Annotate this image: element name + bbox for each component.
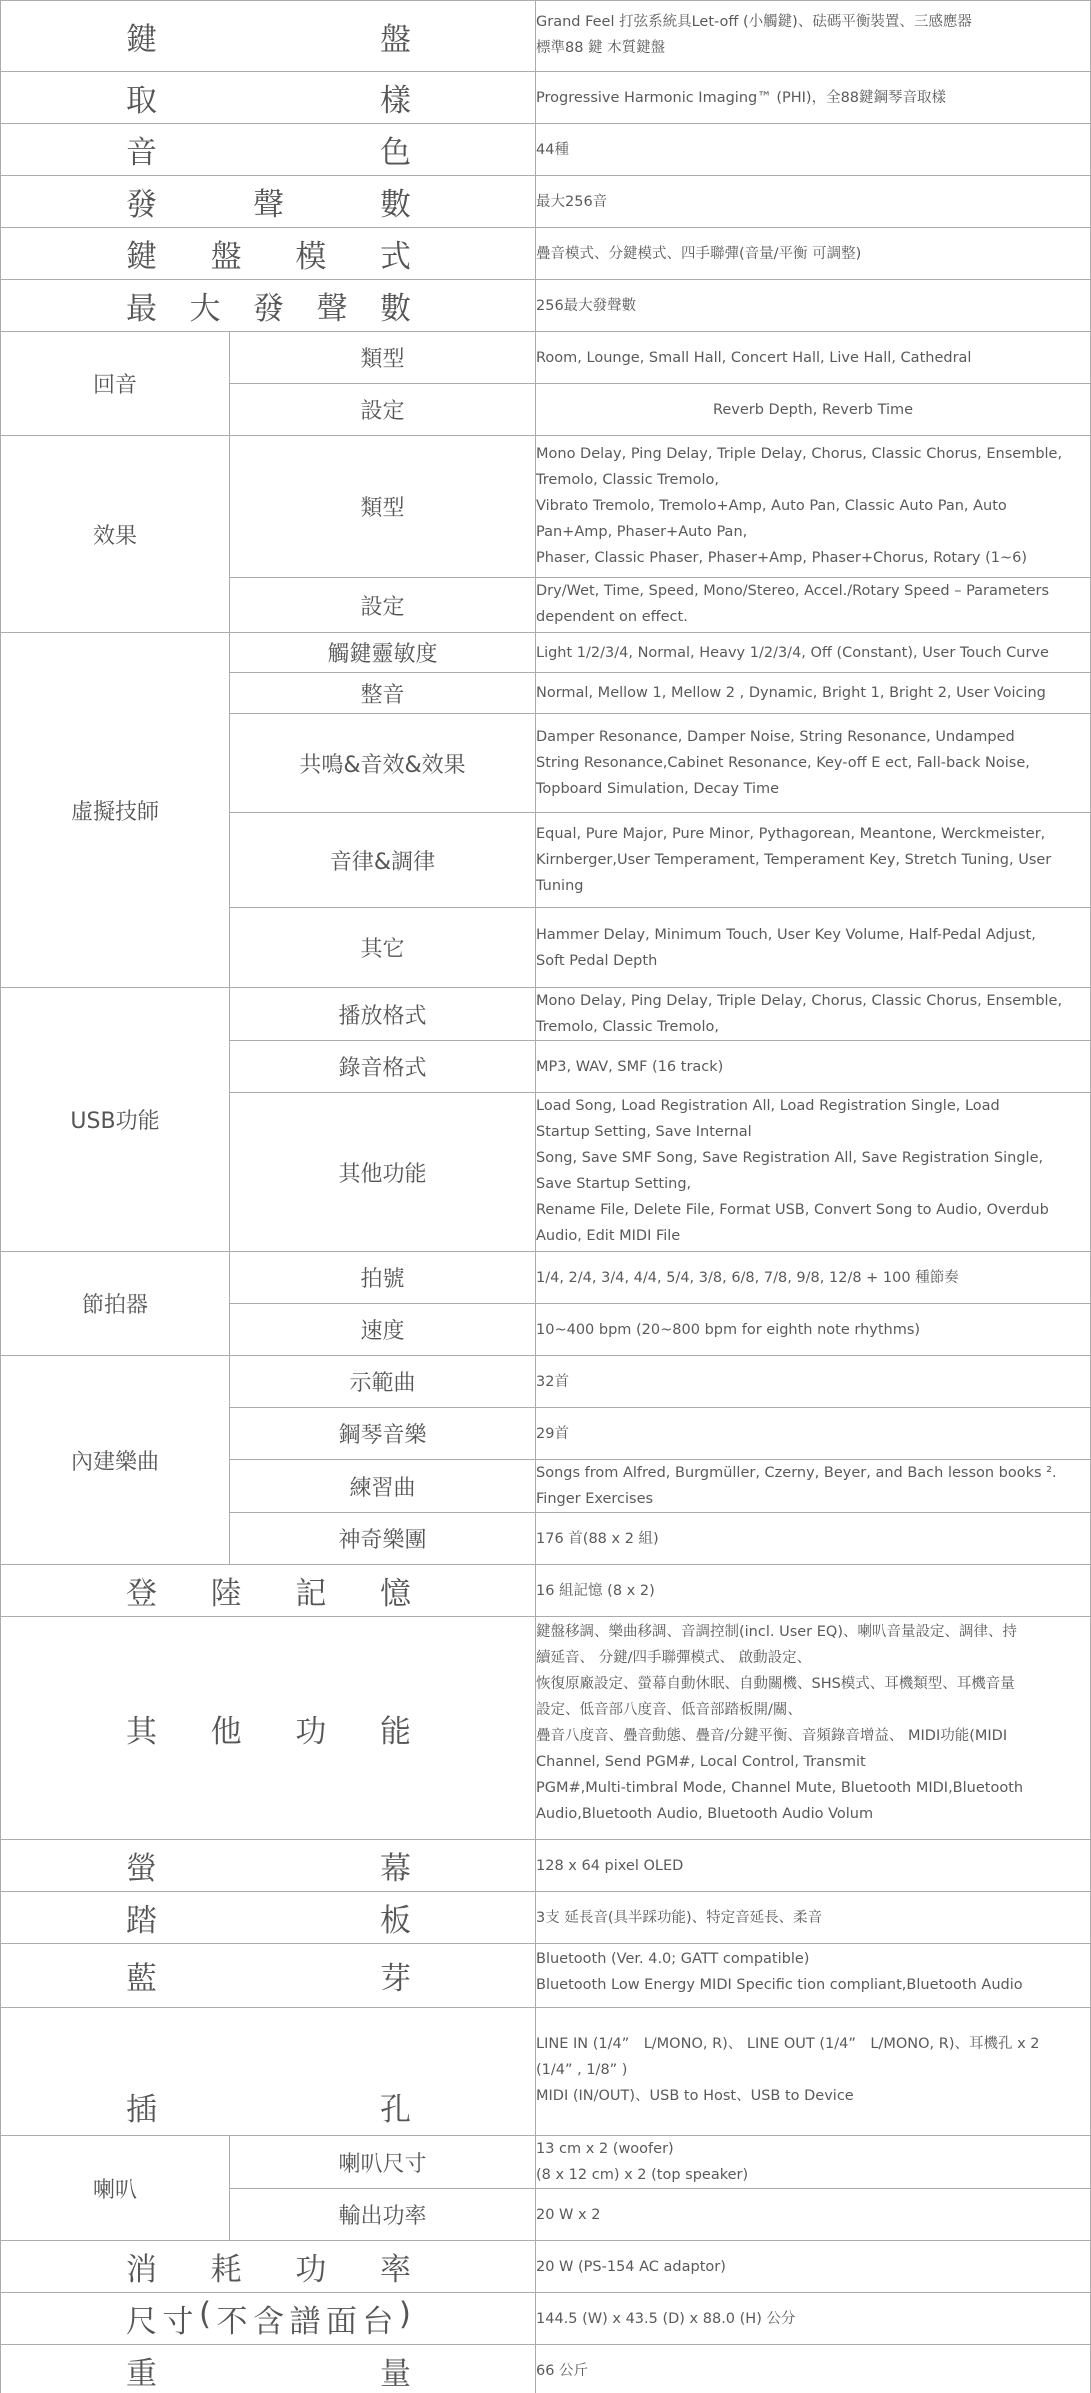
value-line: Load Song, Load Registration All, Load R… (536, 1093, 1090, 1119)
row-value: 3支 延長音(具半踩功能)、特定音延長、柔音 (536, 1892, 1091, 1944)
value-line: Pan+Amp, Phaser+Auto Pan, (536, 519, 1090, 545)
label-char: 聲 (317, 283, 348, 328)
row-value: Progressive Harmonic Imaging™ (PHI)，全88鍵… (536, 72, 1091, 124)
value-line: Tremolo, Classic Tremolo, (536, 467, 1090, 493)
row-value: Mono Delay, Ping Delay, Triple Delay, Ch… (536, 436, 1091, 578)
spec-row-keyboard: 鍵 盤 Grand Feel 打弦系統具Let-off (小觸鍵)、砝碼平衡裝置… (1, 1, 1091, 72)
spec-row-polyphony: 發 聲 數 最大256音 (1, 176, 1091, 228)
label-char: 板 (380, 1895, 411, 1940)
value-line: Bluetooth (Ver. 4.0; GATT compatible) (536, 1946, 1090, 1972)
value-line: 16 組記憶 (8 x 2) (536, 1578, 1090, 1604)
sub-label: 播放格式 (230, 988, 536, 1041)
label-char: 數 (380, 179, 411, 224)
sub-label: 共鳴&音效&效果 (230, 714, 536, 813)
value-line: (1/4” , 1/8” ) (536, 2057, 1090, 2083)
row-value: 20 W (PS-154 AC adaptor) (536, 2241, 1091, 2293)
value-line: 20 W (PS-154 AC adaptor) (536, 2254, 1090, 2280)
label-char: 孔 (380, 2084, 411, 2129)
label-char: 聲 (253, 179, 284, 224)
row-value: 13 cm x 2 (woofer) (8 x 12 cm) x 2 (top … (536, 2136, 1091, 2189)
value-line: Startup Setting, Save Internal (536, 1119, 1090, 1145)
value-line: LINE IN (1/4” L/MONO, R)、 LINE OUT (1/4”… (536, 2031, 1090, 2057)
spec-row-vt-touch: 虛擬技師 觸鍵靈敏度 Light 1/2/3/4, Normal, Heavy … (1, 633, 1091, 673)
label-char: 芽 (380, 1953, 411, 1998)
group-label-virtual-technician: 虛擬技師 (1, 633, 230, 988)
spec-row-max-polyphony: 最 大 發 聲 數 256最大發聲數 (1, 280, 1091, 332)
sub-label: 輸出功率 (230, 2189, 536, 2241)
value-line: dependent on effect. (536, 604, 1090, 630)
label-char: 面 (326, 2296, 357, 2341)
value-line: Progressive Harmonic Imaging™ (PHI)，全88鍵… (536, 85, 1090, 111)
value-line: (8 x 12 cm) x 2 (top speaker) (536, 2162, 1090, 2188)
value-line: Vibrato Tremolo, Tremolo+Amp, Auto Pan, … (536, 493, 1090, 519)
value-line: 13 cm x 2 (woofer) (536, 2136, 1090, 2162)
value-line: Songs from Alfred, Burgmüller, Czerny, B… (536, 1460, 1090, 1486)
row-value: 144.5 (W) x 43.5 (D) x 88.0 (H) 公分 (536, 2293, 1091, 2345)
row-value: 1/4, 2/4, 3/4, 4/4, 5/4, 3/8, 6/8, 7/8, … (536, 1252, 1091, 1304)
spec-row-reverb-type: 回音 類型 Room, Lounge, Small Hall, Concert … (1, 332, 1091, 384)
sub-label: 鋼琴音樂 (230, 1408, 536, 1460)
value-line: 144.5 (W) x 43.5 (D) x 88.0 (H) 公分 (536, 2306, 1090, 2332)
label-char: 大 (190, 283, 221, 328)
sub-label: 練習曲 (230, 1460, 536, 1513)
label-char: 其 (126, 1706, 157, 1751)
row-value: Room, Lounge, Small Hall, Concert Hall, … (536, 332, 1091, 384)
group-label-songs: 內建樂曲 (1, 1356, 230, 1565)
value-line: Grand Feel 打弦系統具Let-off (小觸鍵)、砝碼平衡裝置、三感應… (536, 9, 1090, 35)
group-label-usb: USB功能 (1, 988, 230, 1252)
value-line: 256最大發聲數 (536, 293, 1090, 319)
label-char: 寸 (162, 2296, 193, 2341)
spec-row-other-functions: 其 他 功 能 鍵盤移調、樂曲移調、音調控制(incl. User EQ)、喇叭… (1, 1617, 1091, 1840)
label-char: 色 (380, 127, 411, 172)
label-char: 重 (126, 2348, 157, 2393)
label-char: 功 (295, 1706, 326, 1751)
label-char: 數 (380, 283, 411, 328)
value-line: Save Startup Setting, (536, 1171, 1090, 1197)
value-line: Audio, Edit MIDI File (536, 1223, 1090, 1249)
row-value: 176 首(88 x 2 組) (536, 1513, 1091, 1565)
sub-label: 錄音格式 (230, 1041, 536, 1093)
value-line: Mono Delay, Ping Delay, Triple Delay, Ch… (536, 441, 1090, 467)
value-line: MP3, WAV, SMF (16 track) (536, 1054, 1090, 1080)
sub-label: 類型 (230, 332, 536, 384)
row-value: Equal, Pure Major, Pure Minor, Pythagore… (536, 813, 1091, 908)
group-label-metronome: 節拍器 (1, 1252, 230, 1356)
spec-row-registration: 登 陸 記 憶 16 組記憶 (8 x 2) (1, 1565, 1091, 1617)
value-line: Rename File, Delete File, Format USB, Co… (536, 1197, 1090, 1223)
value-line: Mono Delay, Ping Delay, Triple Delay, Ch… (536, 988, 1090, 1014)
value-line: Audio,Bluetooth Audio, Bluetooth Audio V… (536, 1801, 1090, 1827)
label-char: 耗 (211, 2244, 242, 2289)
row-value: Light 1/2/3/4, Normal, Heavy 1/2/3/4, Of… (536, 633, 1091, 673)
row-value: 256最大發聲數 (536, 280, 1091, 332)
value-line: Topboard Simulation, Decay Time (536, 776, 1090, 802)
row-value: 鍵盤移調、樂曲移調、音調控制(incl. User EQ)、喇叭音量設定、調律、… (536, 1617, 1091, 1840)
label-char: 鍵 (126, 231, 157, 276)
spec-row-jacks: 插 孔 LINE IN (1/4” L/MONO, R)、 LINE OUT (… (1, 2008, 1091, 2136)
group-label-effects: 效果 (1, 436, 230, 633)
row-value: 32首 (536, 1356, 1091, 1408)
row-value: LINE IN (1/4” L/MONO, R)、 LINE OUT (1/4”… (536, 2008, 1091, 2136)
row-value: 20 W x 2 (536, 2189, 1091, 2241)
value-line: 疊音八度音、疊音動態、疊音/分鍵平衡、音頻錄音增益、 MIDI功能(MIDI (536, 1723, 1090, 1749)
value-line: 設定、低音部八度音、低音部踏板開/關、 (536, 1697, 1090, 1723)
label-char: 功 (295, 2244, 326, 2289)
value-line: Normal, Mellow 1, Mellow 2 , Dynamic, Br… (536, 680, 1090, 706)
value-line: 1/4, 2/4, 3/4, 4/4, 5/4, 3/8, 6/8, 7/8, … (536, 1265, 1090, 1291)
label-char: 盤 (380, 14, 411, 59)
value-line: 20 W x 2 (536, 2202, 1090, 2228)
spec-table: 鍵 盤 Grand Feel 打弦系統具Let-off (小觸鍵)、砝碼平衡裝置… (0, 0, 1091, 2393)
row-value: Mono Delay, Ping Delay, Triple Delay, Ch… (536, 988, 1091, 1041)
value-line: String Resonance,Cabinet Resonance, Key-… (536, 750, 1090, 776)
row-label: 踏 板 (1, 1892, 536, 1944)
spec-row-voices: 音 色 44種 (1, 124, 1091, 176)
row-value: MP3, WAV, SMF (16 track) (536, 1041, 1091, 1093)
label-char: 幕 (380, 1843, 411, 1888)
row-label: 螢 幕 (1, 1840, 536, 1892)
sub-label: 觸鍵靈敏度 (230, 633, 536, 673)
value-line: Light 1/2/3/4, Normal, Heavy 1/2/3/4, Of… (536, 640, 1090, 666)
row-value: 29首 (536, 1408, 1091, 1460)
label-char: ( (199, 2296, 211, 2341)
spec-row-keyboard-modes: 鍵 盤 模 式 疊音模式、分鍵模式、四手聯彈(音量/平衡 可調整) (1, 228, 1091, 280)
spec-row-power-consumption: 消 耗 功 率 20 W (PS-154 AC adaptor) (1, 2241, 1091, 2293)
sub-label: 音律&調律 (230, 813, 536, 908)
group-label-speakers: 喇叭 (1, 2136, 230, 2241)
spec-row-weight: 重 量 66 公斤 (1, 2345, 1091, 2393)
value-line: PGM#,Multi-timbral Mode, Channel Mute, B… (536, 1775, 1090, 1801)
value-line: MIDI (IN/OUT)、USB to Host、USB to Device (536, 2083, 1090, 2109)
value-line: 3支 延長音(具半踩功能)、特定音延長、柔音 (536, 1905, 1090, 1931)
row-label: 消 耗 功 率 (1, 2241, 536, 2293)
spec-row-display: 螢 幕 128 x 64 pixel OLED (1, 1840, 1091, 1892)
sub-label: 喇叭尺寸 (230, 2136, 536, 2189)
value-line: 標準88 鍵 木質鍵盤 (536, 35, 1090, 61)
value-line: 32首 (536, 1369, 1090, 1395)
label-char: 尺 (126, 2296, 157, 2341)
value-line: Damper Resonance, Damper Noise, String R… (536, 724, 1090, 750)
sub-label: 速度 (230, 1304, 536, 1356)
value-line: 10~400 bpm (20~800 bpm for eighth note r… (536, 1317, 1090, 1343)
label-char: 模 (295, 231, 326, 276)
sub-label: 其它 (230, 908, 536, 988)
row-label: 鍵 盤 (1, 1, 536, 72)
value-line: Kirnberger,User Temperament, Temperament… (536, 847, 1090, 873)
row-label: 尺 寸 ( 不 含 譜 面 台 ) (1, 2293, 536, 2345)
row-label: 音 色 (1, 124, 536, 176)
label-char: 藍 (126, 1953, 157, 1998)
label-char: 陸 (211, 1568, 242, 1613)
label-char: 螢 (126, 1843, 157, 1888)
value-line: Reverb Depth, Reverb Time (536, 397, 1090, 423)
value-line: 176 首(88 x 2 組) (536, 1526, 1090, 1552)
value-line: Equal, Pure Major, Pure Minor, Pythagore… (536, 821, 1090, 847)
sub-label: 神奇樂團 (230, 1513, 536, 1565)
label-char: 音 (126, 127, 157, 172)
value-line: 29首 (536, 1421, 1090, 1447)
label-char: 記 (295, 1568, 326, 1613)
value-line: Room, Lounge, Small Hall, Concert Hall, … (536, 345, 1090, 371)
value-line: 鍵盤移調、樂曲移調、音調控制(incl. User EQ)、喇叭音量設定、調律、… (536, 1619, 1090, 1645)
row-value: 16 組記憶 (8 x 2) (536, 1565, 1091, 1617)
value-line: 恢復原廠設定、螢幕自動休眠、自動關機、SHS模式、耳機類型、耳機音量 (536, 1671, 1090, 1697)
row-value: Normal, Mellow 1, Mellow 2 , Dynamic, Br… (536, 673, 1091, 714)
sub-label: 設定 (230, 384, 536, 436)
label-char: 譜 (289, 2296, 320, 2341)
sub-label: 整音 (230, 673, 536, 714)
sub-label: 設定 (230, 578, 536, 633)
value-line: Phaser, Classic Phaser, Phaser+Amp, Phas… (536, 545, 1090, 571)
label-char: 量 (380, 2348, 411, 2393)
row-label: 重 量 (1, 2345, 536, 2393)
label-char: 插 (126, 2084, 157, 2129)
label-char: 鍵 (126, 14, 157, 59)
value-line: Tuning (536, 873, 1090, 899)
label-char: 最 (126, 283, 157, 328)
row-value: Songs from Alfred, Burgmüller, Czerny, B… (536, 1460, 1091, 1513)
row-value: Damper Resonance, Damper Noise, String R… (536, 714, 1091, 813)
sub-label: 其他功能 (230, 1093, 536, 1252)
value-line: Soft Pedal Depth (536, 948, 1090, 974)
value-line: Tremolo, Classic Tremolo, (536, 1014, 1090, 1040)
row-value: 最大256音 (536, 176, 1091, 228)
label-char: 登 (126, 1568, 157, 1613)
row-label: 插 孔 (1, 2008, 536, 2136)
sub-label: 類型 (230, 436, 536, 578)
value-line: Finger Exercises (536, 1486, 1090, 1512)
sub-label: 示範曲 (230, 1356, 536, 1408)
label-char: 取 (126, 75, 157, 120)
value-line: 66 公斤 (536, 2358, 1090, 2384)
sub-label: 拍號 (230, 1252, 536, 1304)
row-value: Bluetooth (Ver. 4.0; GATT compatible) Bl… (536, 1944, 1091, 2008)
spec-row-pedals: 踏 板 3支 延長音(具半踩功能)、特定音延長、柔音 (1, 1892, 1091, 1944)
spec-row-usb-playback: USB功能 播放格式 Mono Delay, Ping Delay, Tripl… (1, 988, 1091, 1041)
row-value: Dry/Wet, Time, Speed, Mono/Stereo, Accel… (536, 578, 1091, 633)
label-char: 憶 (380, 1568, 411, 1613)
value-line: Song, Save SMF Song, Save Registration A… (536, 1145, 1090, 1171)
spec-row-bluetooth: 藍 芽 Bluetooth (Ver. 4.0; GATT compatible… (1, 1944, 1091, 2008)
label-char: 率 (380, 2244, 411, 2289)
row-label: 取 樣 (1, 72, 536, 124)
spec-row-sampling: 取 樣 Progressive Harmonic Imaging™ (PHI)，… (1, 72, 1091, 124)
row-value: 10~400 bpm (20~800 bpm for eighth note r… (536, 1304, 1091, 1356)
label-char: 踏 (126, 1895, 157, 1940)
label-char: 台 (362, 2296, 393, 2341)
row-label: 發 聲 數 (1, 176, 536, 228)
spec-row-effects-type: 效果 類型 Mono Delay, Ping Delay, Triple Del… (1, 436, 1091, 578)
row-value: 疊音模式、分鍵模式、四手聯彈(音量/平衡 可調整) (536, 228, 1091, 280)
value-line: Bluetooth Low Energy MIDI Specific tion … (536, 1972, 1090, 1998)
row-value: Grand Feel 打弦系統具Let-off (小觸鍵)、砝碼平衡裝置、三感應… (536, 1, 1091, 72)
label-char: 發 (126, 179, 157, 224)
label-char: 不 (217, 2296, 248, 2341)
row-value: Load Song, Load Registration All, Load R… (536, 1093, 1091, 1252)
label-char: 能 (380, 1706, 411, 1751)
row-value: 128 x 64 pixel OLED (536, 1840, 1091, 1892)
spec-row-speaker-size: 喇叭 喇叭尺寸 13 cm x 2 (woofer) (8 x 12 cm) x… (1, 2136, 1091, 2189)
value-line: Hammer Delay, Minimum Touch, User Key Vo… (536, 922, 1090, 948)
label-char: 消 (126, 2244, 157, 2289)
value-line: Channel, Send PGM#, Local Control, Trans… (536, 1749, 1090, 1775)
label-char: 他 (211, 1706, 242, 1751)
value-line: 128 x 64 pixel OLED (536, 1853, 1090, 1879)
row-label: 鍵 盤 模 式 (1, 228, 536, 280)
row-value: Reverb Depth, Reverb Time (536, 384, 1091, 436)
label-char: 樣 (380, 75, 411, 120)
label-char: ) (399, 2296, 411, 2341)
label-char: 盤 (211, 231, 242, 276)
label-char: 發 (253, 283, 284, 328)
value-line: 44種 (536, 137, 1090, 163)
group-label-reverb: 回音 (1, 332, 230, 436)
value-line: 續延音、 分鍵/四手聯彈模式、 啟動設定、 (536, 1645, 1090, 1671)
row-value: 66 公斤 (536, 2345, 1091, 2393)
row-value: 44種 (536, 124, 1091, 176)
label-char: 式 (380, 231, 411, 276)
value-line: 最大256音 (536, 189, 1090, 215)
row-label: 藍 芽 (1, 1944, 536, 2008)
spec-row-songs-demo: 內建樂曲 示範曲 32首 (1, 1356, 1091, 1408)
value-line: 疊音模式、分鍵模式、四手聯彈(音量/平衡 可調整) (536, 241, 1090, 267)
value-line: Dry/Wet, Time, Speed, Mono/Stereo, Accel… (536, 578, 1090, 604)
row-value: Hammer Delay, Minimum Touch, User Key Vo… (536, 908, 1091, 988)
row-label: 最 大 發 聲 數 (1, 280, 536, 332)
spec-row-dimensions: 尺 寸 ( 不 含 譜 面 台 ) 144.5 (W) x 43.5 (D) x… (1, 2293, 1091, 2345)
spec-row-metronome-beat: 節拍器 拍號 1/4, 2/4, 3/4, 4/4, 5/4, 3/8, 6/8… (1, 1252, 1091, 1304)
label-char: 含 (253, 2296, 284, 2341)
row-label: 登 陸 記 憶 (1, 1565, 536, 1617)
row-label: 其 他 功 能 (1, 1617, 536, 1840)
